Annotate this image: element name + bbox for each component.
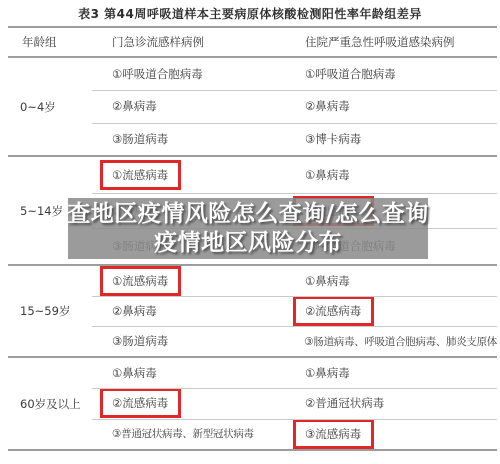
virus-value: ①鼻病毒 [305, 273, 350, 289]
table-row: ②鼻病毒 ②鼻病毒 [8, 90, 497, 122]
inpatient-cell: ①鼻病毒 [295, 167, 497, 183]
overlay-text-line1: 查地区疫情风险怎么查询/怎么查询 [67, 200, 428, 228]
outpatient-cell: ②鼻病毒 [95, 303, 295, 319]
age-group-60-plus: 60岁及以上 ①鼻病毒 ①鼻病毒 ②流感病毒 ②普通冠状病毒 ③普通冠状病毒、新… [8, 358, 497, 451]
table-row: ②流感病毒 ②普通冠状病毒 [8, 388, 497, 418]
virus-value-highlighted: ②流感病毒 [293, 296, 374, 326]
inpatient-cell: ③流感病毒 [295, 419, 497, 449]
age-group-0-4: 0~4岁 ①呼吸道合胞病毒 ①呼吸道合胞病毒 ②鼻病毒 ②鼻病毒 ③肠道病毒 ③… [8, 58, 497, 157]
virus-value: ③博卡病毒 [305, 131, 361, 147]
inpatient-cell: ②鼻病毒 [295, 98, 497, 114]
virus-value: ①鼻病毒 [112, 365, 157, 381]
virus-value: ②鼻病毒 [305, 98, 350, 114]
table-row: ②鼻病毒 ②流感病毒 [8, 296, 497, 326]
outpatient-cell: ③肠道病毒 [95, 131, 295, 147]
outpatient-cell: ③普通冠状病毒、新型冠状病毒 [95, 426, 295, 441]
outpatient-cell: ①流感病毒 [95, 160, 295, 190]
outpatient-cell: ③肠道病毒 [95, 333, 294, 349]
header-inpatient-sari: 住院严重急性呼吸道感染病例 [295, 34, 497, 50]
table-row: ③肠道病毒 ③博卡病毒 [8, 123, 497, 155]
virus-value: ③肠道病毒 [112, 131, 168, 147]
age-group-15-59: 15~59岁 ①流感病毒 ①鼻病毒 ②鼻病毒 ②流感病毒 ③肠道病毒 ③肠道病毒… [8, 266, 497, 358]
outpatient-cell: ①呼吸道合胞病毒 [95, 66, 295, 82]
inpatient-cell: ③博卡病毒 [295, 131, 497, 147]
virus-value: ③肠道病毒、呼吸道合胞病毒、肺炎支原体 [304, 334, 497, 349]
table-row: ①流感病毒 ①鼻病毒 [8, 157, 497, 193]
virus-value-highlighted: ①流感病毒 [100, 160, 181, 190]
table-header-row: 年龄组 门急诊流感样病例 住院严重急性呼吸道感染病例 [8, 26, 497, 58]
inpatient-cell: ①鼻病毒 [295, 273, 497, 289]
virus-value-highlighted: ③流感病毒 [293, 419, 374, 449]
header-outpatient-ili: 门急诊流感样病例 [95, 34, 295, 50]
virus-value: ①鼻病毒 [305, 365, 350, 381]
virus-value: ①鼻病毒 [305, 167, 350, 183]
table-row: ①鼻病毒 ①鼻病毒 [8, 358, 497, 388]
virus-value: ③普通冠状病毒、新型冠状病毒 [112, 426, 254, 441]
table-row: ①流感病毒 ①鼻病毒 [8, 266, 497, 296]
table-row: ③普通冠状病毒、新型冠状病毒 ③流感病毒 [8, 419, 497, 449]
virus-value: ①呼吸道合胞病毒 [305, 66, 396, 82]
inpatient-cell: ②普通冠状病毒 [295, 395, 497, 411]
virus-value-highlighted: ②流感病毒 [100, 388, 181, 418]
table-row: ①呼吸道合胞病毒 ①呼吸道合胞病毒 [8, 58, 497, 90]
virus-value: ②鼻病毒 [112, 303, 157, 319]
outpatient-cell: ②鼻病毒 [95, 98, 295, 114]
page: 表3 第44周呼吸道样本主要病原体核酸检测阳性率年龄组差异 年龄组 门急诊流感样… [0, 0, 500, 464]
outpatient-cell: ①鼻病毒 [95, 365, 295, 381]
inpatient-cell: ①鼻病毒 [295, 365, 497, 381]
inpatient-cell: ③肠道病毒、呼吸道合胞病毒、肺炎支原体 [294, 334, 497, 349]
outpatient-cell: ②流感病毒 [95, 388, 295, 418]
overlay-text-line2: 疫情地区风险分布 [154, 229, 342, 257]
header-age-group: 年龄组 [8, 34, 95, 50]
virus-value: ②普通冠状病毒 [305, 395, 384, 411]
watermark-overlay-banner: 查地区疫情风险怎么查询/怎么查询 疫情地区风险分布 [68, 198, 428, 259]
outpatient-cell: ①流感病毒 [95, 266, 295, 296]
virus-value: ①呼吸道合胞病毒 [112, 66, 203, 82]
inpatient-cell: ②流感病毒 [295, 296, 497, 326]
table-title: 表3 第44周呼吸道样本主要病原体核酸检测阳性率年龄组差异 [0, 5, 500, 22]
virus-value: ②鼻病毒 [112, 98, 157, 114]
virus-value-highlighted: ①流感病毒 [100, 266, 181, 296]
virus-value: ③肠道病毒 [112, 333, 168, 349]
table-row: ③肠道病毒 ③肠道病毒、呼吸道合胞病毒、肺炎支原体 [8, 326, 497, 356]
inpatient-cell: ①呼吸道合胞病毒 [295, 66, 497, 82]
